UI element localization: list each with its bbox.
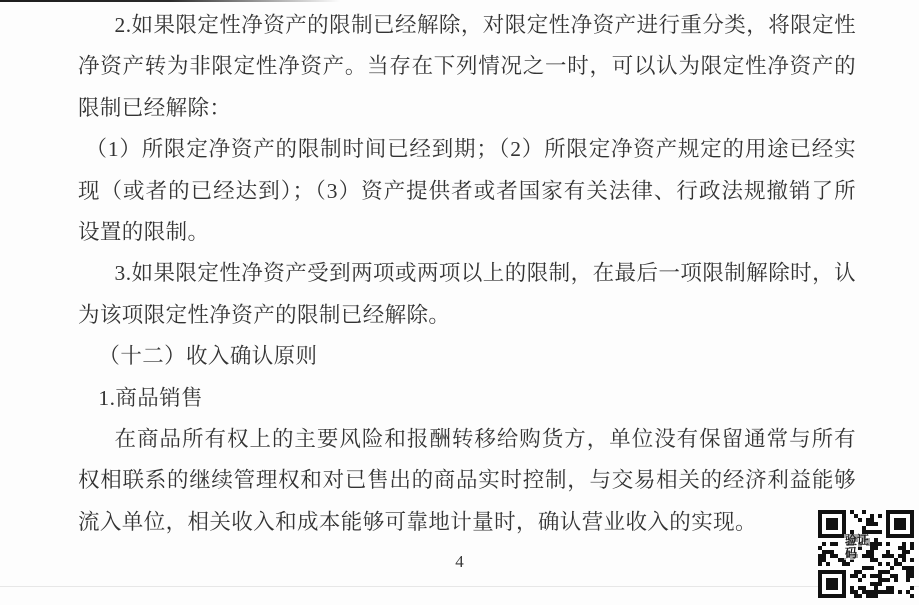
document-text-block: 2.如果限定性净资产的限制已经解除，对限定性净资产进行重分类，将限定性净资产转为…: [78, 5, 856, 543]
heading-revenue-recognition: （十二）收入确认原则: [78, 336, 856, 377]
qr-code: 验证 码: [818, 510, 914, 598]
heading-goods-sales: 1.商品销售: [78, 378, 856, 419]
page-number: 4: [0, 551, 919, 573]
paragraph-multiple-limits: 3.如果限定性净资产受到两项或两项以上的限制，在最后一项限制解除时，认为该项限定…: [78, 253, 856, 336]
scan-artifact-bottom-line: [0, 586, 919, 587]
scan-artifact-top-line: [0, 0, 360, 2]
document-page: 2.如果限定性净资产的限制已经解除，对限定性净资产进行重分类，将限定性净资产转为…: [0, 0, 919, 605]
paragraph-goods-sales-body: 在商品所有权上的主要风险和报酬转移给购货方，单位没有保留通常与所有权相联系的继续…: [78, 419, 856, 543]
qr-code-pattern: [818, 510, 914, 598]
paragraph-reclassification: 2.如果限定性净资产的限制已经解除，对限定性净资产进行重分类，将限定性净资产转为…: [78, 5, 856, 129]
paragraph-conditions: （1）所限定净资产的限制时间已经到期；（2）所限定净资产规定的用途已经实现（或者…: [78, 129, 856, 253]
